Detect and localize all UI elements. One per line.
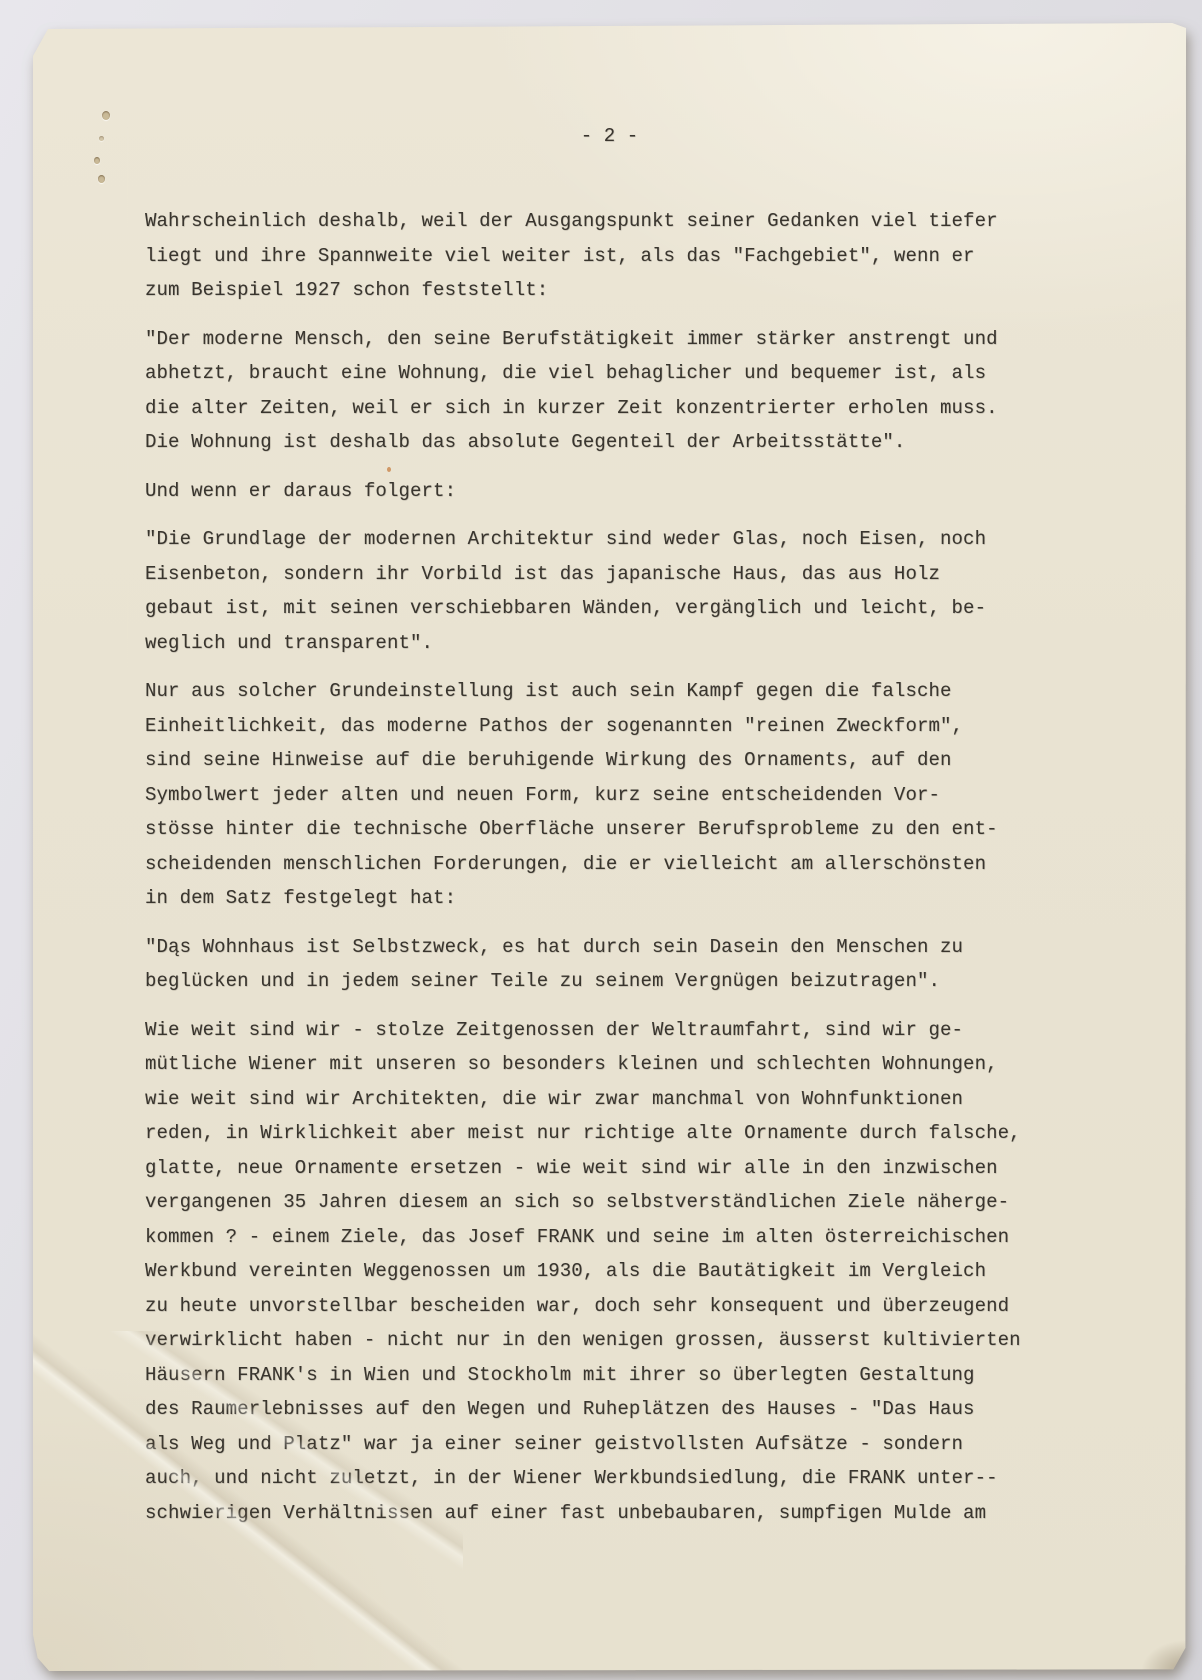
page-number: - 2 - — [33, 124, 1186, 148]
document-body: Wahrscheinlich deshalb, weil der Ausgang… — [145, 204, 1060, 1544]
paragraph: Und wenn er daraus folgert: — [145, 474, 1060, 509]
pinhole-mark — [102, 111, 110, 120]
paragraph: "Der moderne Mensch, den seine Berufstät… — [145, 322, 1060, 460]
paragraph: "Die Grundlage der modernen Architektur … — [145, 522, 1060, 660]
paper-shadow: - 2 - Wahrscheinlich deshalb, weil der A… — [33, 23, 1186, 1671]
paragraph: "Dąs Wohnhaus ist Selbstzweck, es hat du… — [145, 930, 1060, 999]
pinhole-mark — [94, 157, 100, 164]
paper-sheet: - 2 - Wahrscheinlich deshalb, weil der A… — [33, 23, 1186, 1671]
paragraph: Wahrscheinlich deshalb, weil der Ausgang… — [145, 204, 1060, 308]
scan-background: - 2 - Wahrscheinlich deshalb, weil der A… — [0, 0, 1202, 1680]
corner-curl-shadow — [1122, 1623, 1186, 1671]
pinhole-mark — [98, 175, 105, 183]
paragraph: Nur aus solcher Grundeinstellung ist auc… — [145, 674, 1060, 916]
paragraph: Wie weit sind wir - stolze Zeitgenossen … — [145, 1013, 1060, 1531]
